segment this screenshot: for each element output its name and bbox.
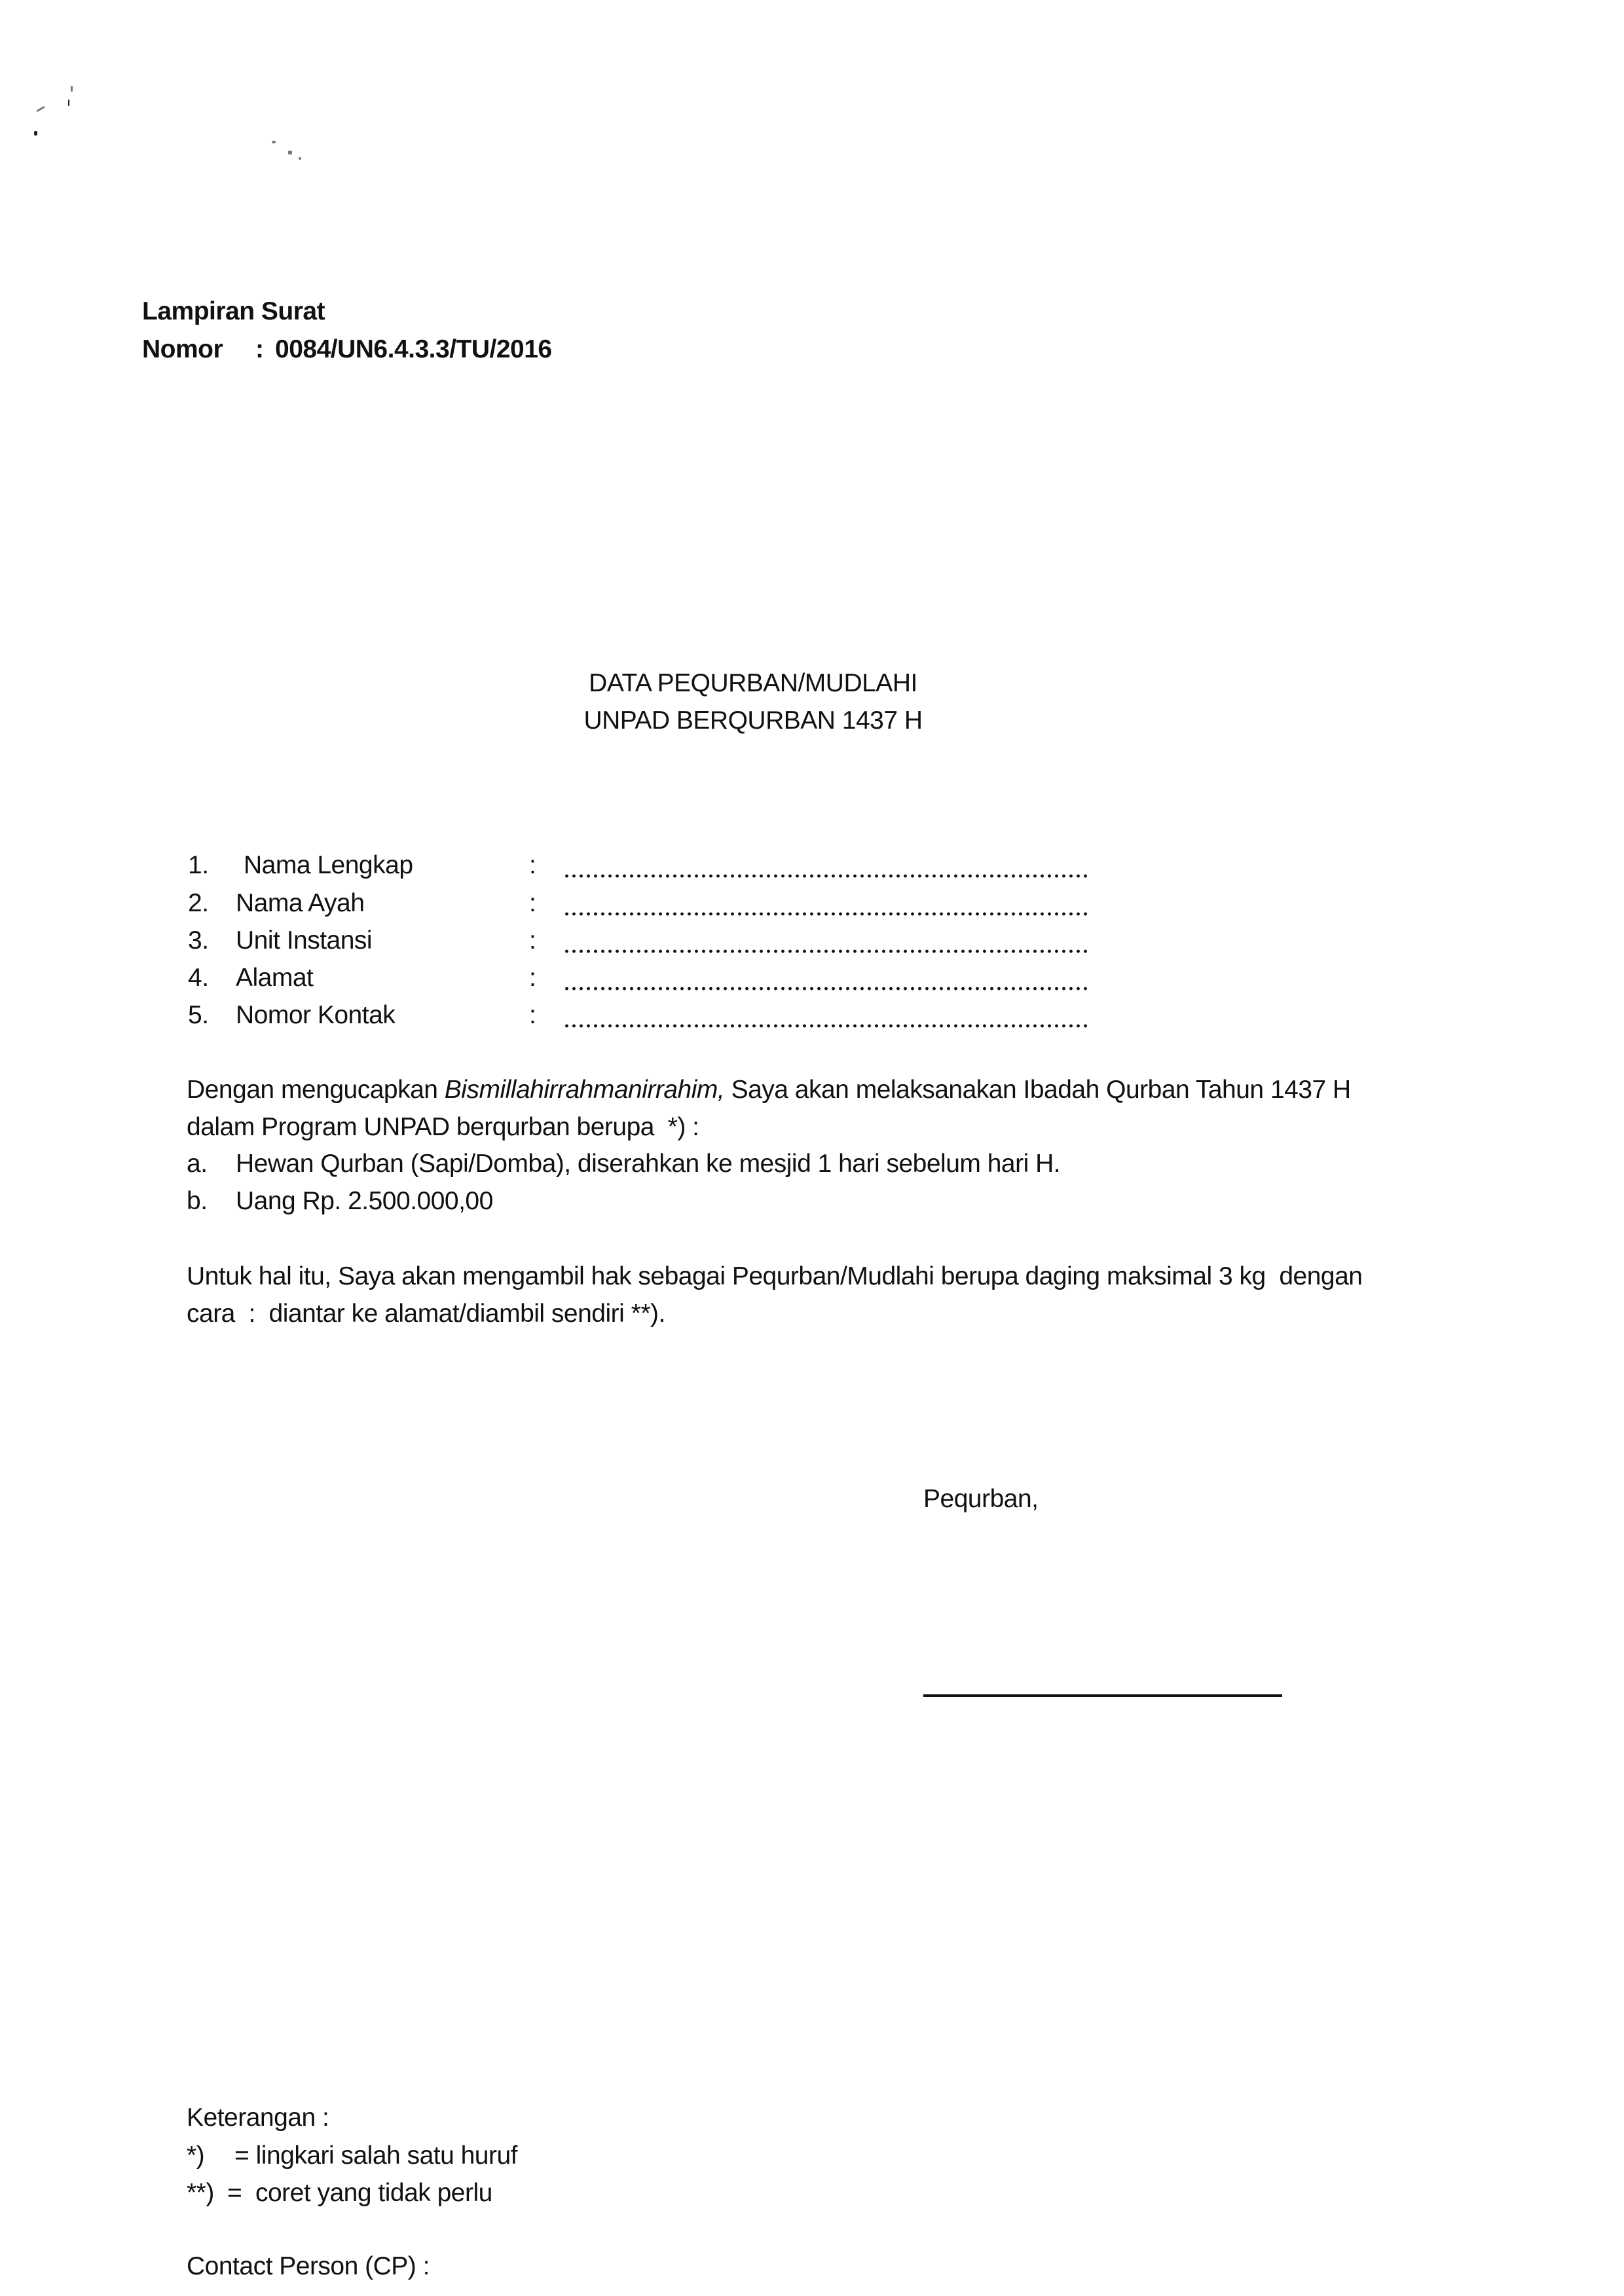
signature-line[interactable] — [923, 1694, 1282, 1697]
option-b-letter: b. — [187, 1188, 208, 1214]
option-b-text: Uang Rp. 2.500.000,00 — [236, 1188, 493, 1214]
field-label: Nomor Kontak — [236, 1002, 395, 1028]
attachment-label: Lampiran Surat — [142, 299, 325, 324]
intro-text-continued: Saya akan melaksanakan Ibadah Qurban Tah… — [724, 1076, 1350, 1104]
contact-heading: Contact Person (CP) : — [187, 2253, 430, 2279]
field-label: Nama Lengkap — [244, 852, 413, 878]
note-2-mark: **) — [187, 2180, 214, 2206]
pickup-paragraph-line1: Untuk hal itu, Saya akan mengambil hak s… — [187, 1264, 1363, 1289]
field-number: 1. — [188, 852, 209, 878]
field-input-dotted-line[interactable] — [563, 912, 1087, 916]
notes-heading: Keterangan : — [187, 2105, 329, 2130]
scan-speck — [299, 157, 301, 160]
field-number: 3. — [188, 928, 209, 953]
field-number: 4. — [188, 965, 209, 991]
field-label: Alamat — [236, 965, 313, 991]
field-separator: : — [529, 928, 536, 953]
signature-label: Pequrban, — [923, 1486, 1038, 1512]
note-1-mark: *) — [187, 2143, 204, 2168]
field-input-dotted-line[interactable] — [563, 1024, 1087, 1028]
field-input-dotted-line[interactable] — [563, 987, 1087, 991]
field-number: 2. — [188, 890, 209, 916]
field-label: Unit Instansi — [236, 928, 372, 953]
field-label: Nama Ayah — [236, 890, 364, 916]
number-label: Nomor — [142, 337, 223, 362]
intro-paragraph-line2: dalam Program UNPAD berqurban berupa *) … — [187, 1114, 699, 1140]
scan-speck — [272, 141, 276, 143]
note-2-text: = coret yang tidak perlu — [227, 2180, 492, 2206]
letter-number: 0084/UN6.4.3.3/TU/2016 — [275, 337, 552, 362]
scan-speck — [288, 151, 292, 155]
field-separator: : — [529, 890, 536, 916]
field-separator: : — [529, 965, 536, 991]
option-a-text: Hewan Qurban (Sapi/Domba), diserahkan ke… — [236, 1151, 1060, 1176]
field-input-dotted-line[interactable] — [563, 949, 1087, 953]
field-input-dotted-line[interactable] — [563, 874, 1087, 878]
intro-paragraph-line1: Dengan mengucapkan Bismillahirrahmanirra… — [187, 1077, 1351, 1102]
pickup-paragraph-line2: cara : diantar ke alamat/diambil sendiri… — [187, 1301, 665, 1326]
bismillah-text: Bismillahirrahmanirrahim, — [445, 1076, 724, 1104]
scan-speck — [34, 131, 37, 136]
number-separator: : — [255, 337, 264, 362]
field-number: 5. — [188, 1002, 209, 1028]
intro-text: Dengan mengucapkan — [187, 1076, 445, 1104]
scan-speck — [71, 86, 73, 92]
scan-speck — [68, 100, 69, 106]
document-title-line2: UNPAD BERQURBAN 1437 H — [0, 706, 1506, 735]
document-title-line1: DATA PEQURBAN/MUDLAHI — [0, 669, 1506, 698]
scan-speck — [36, 106, 45, 113]
field-separator: : — [529, 852, 536, 878]
option-a-letter: a. — [187, 1151, 208, 1176]
field-separator: : — [529, 1002, 536, 1028]
note-1-text: = lingkari salah satu huruf — [234, 2143, 517, 2168]
